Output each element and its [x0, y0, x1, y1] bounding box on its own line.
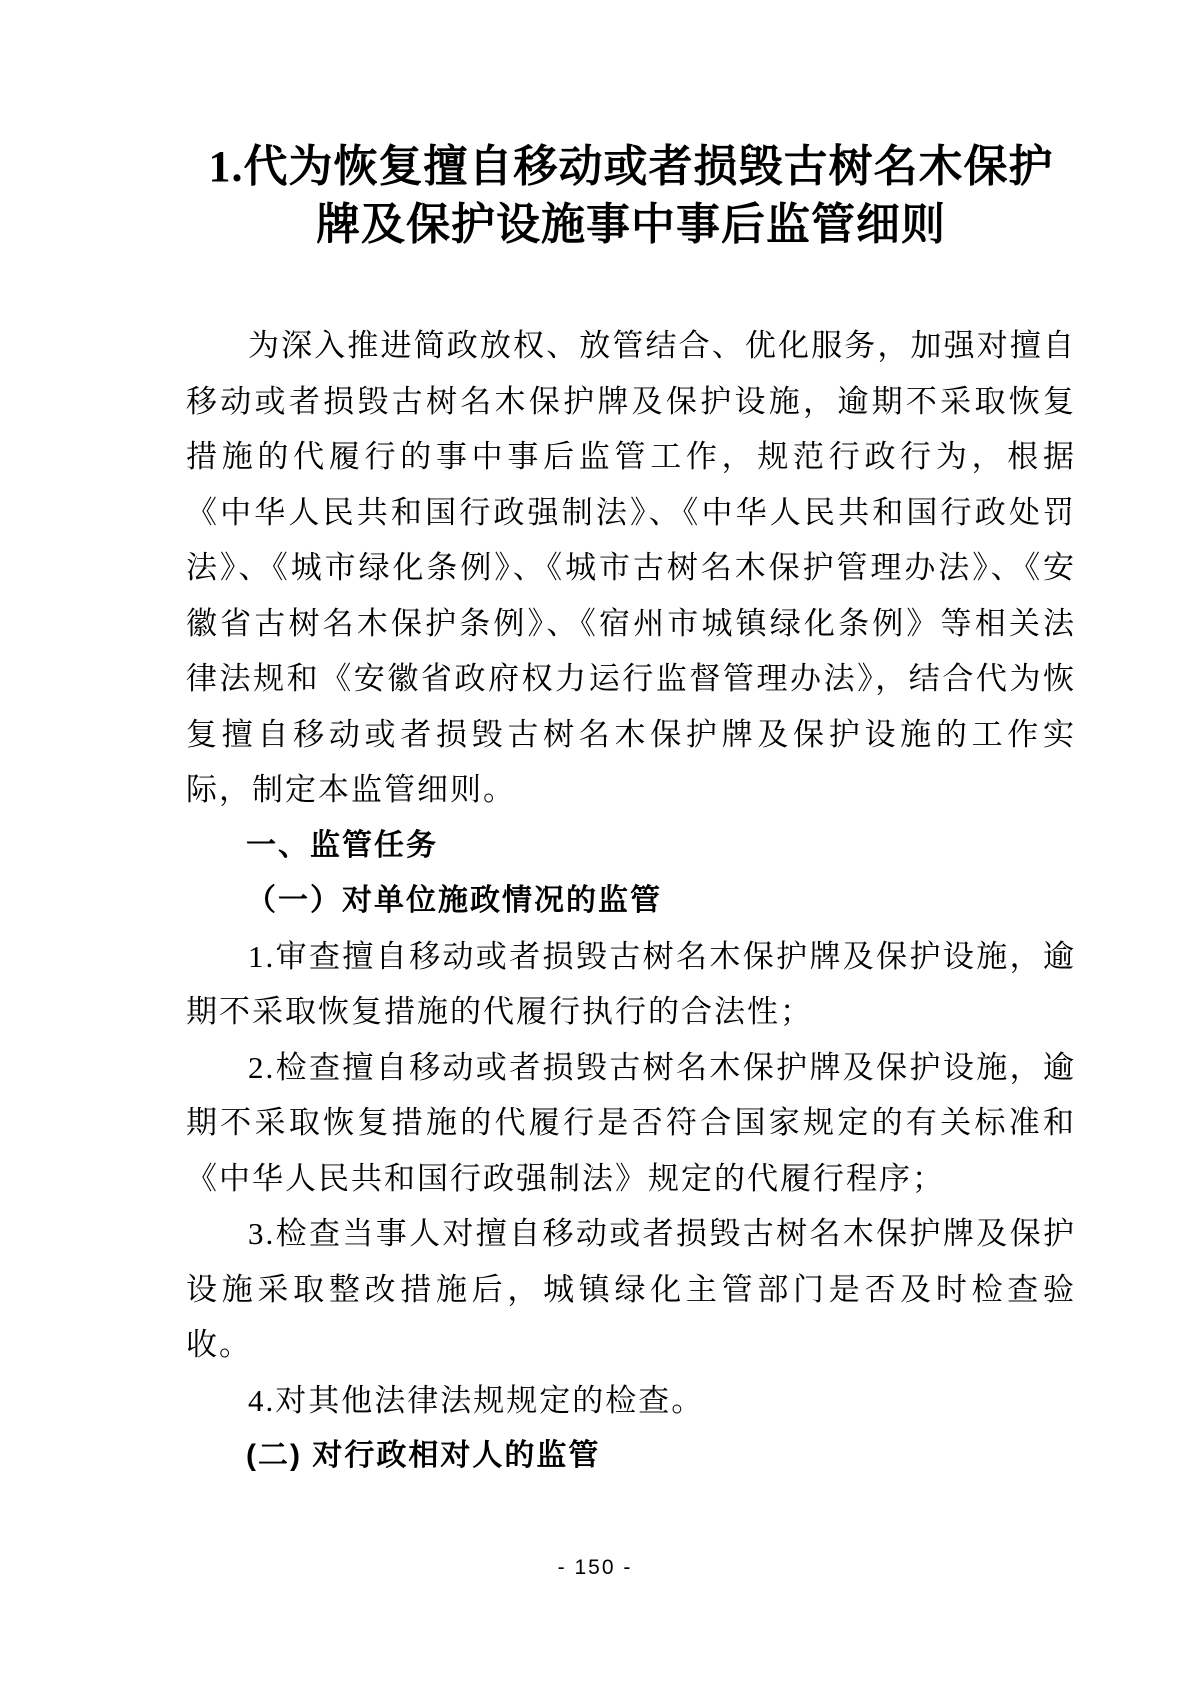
paragraph-item-4: 4.对其他法律法规规定的检查。	[186, 1373, 1076, 1429]
heading-subsection-administrative-counterpart: (二) 对行政相对人的监管	[186, 1428, 1076, 1484]
paragraph-item-2: 2.检查擅自移动或者损毁古树名木保护牌及保护设施，逾期不采取恢复措施的代履行是否…	[186, 1040, 1076, 1207]
document-title: 1.代为恢复擅自移动或者损毁古树名木保护牌及保护设施事中事后监管细则	[186, 138, 1076, 254]
document-page: 1.代为恢复擅自移动或者损毁古树名木保护牌及保护设施事中事后监管细则 为深入推进…	[0, 0, 1190, 1683]
heading-section-supervision-tasks: 一、监管任务	[186, 818, 1076, 874]
paragraph-item-3: 3.检查当事人对擅自移动或者损毁古树名木保护牌及保护设施采取整改措施后，城镇绿化…	[186, 1206, 1076, 1373]
document-title-line-1: 1.代为恢复擅自移动或者损毁古树名木保护	[209, 142, 1054, 191]
paragraph-item-1: 1.审查擅自移动或者损毁古树名木保护牌及保护设施，逾期不采取恢复措施的代履行执行…	[186, 929, 1076, 1040]
paragraph-intro: 为深入推进简政放权、放管结合、优化服务，加强对擅自移动或者损毁古树名木保护牌及保…	[186, 318, 1076, 818]
document-title-line-2: 牌及保护设施事中事后监管细则	[316, 200, 946, 249]
document-body: 为深入推进简政放权、放管结合、优化服务，加强对擅自移动或者损毁古树名木保护牌及保…	[186, 318, 1076, 1484]
page-number: - 150 -	[0, 1556, 1190, 1580]
heading-subsection-unit-administration: （一）对单位施政情况的监管	[186, 873, 1076, 929]
